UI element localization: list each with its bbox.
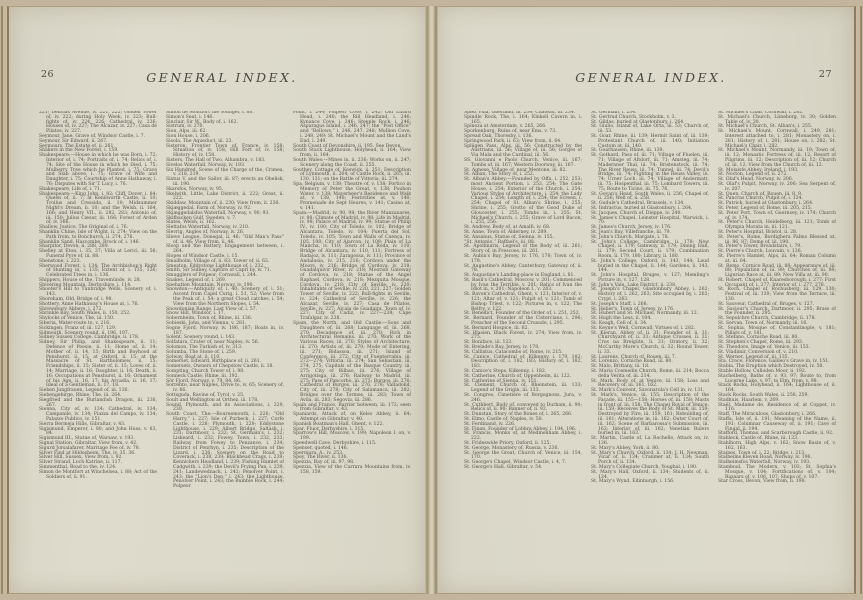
index-entry: St. Remo, Cornice Road, iii. 88; Appeara… bbox=[718, 265, 836, 279]
running-head-left: GENERAL INDEX. bbox=[146, 70, 297, 85]
index-entry: St. Michael's Mount, Cornwall, i. 249, 2… bbox=[718, 130, 836, 149]
index-entry: St. Michael's Mount, Normandy, iii. 10; … bbox=[718, 149, 836, 168]
page-right: GENERAL INDEX. 27 Spiez Villa, Oberland,… bbox=[438, 6, 856, 594]
index-entry: St. Kieran, Abbey of, ii. 31; Founder of… bbox=[591, 332, 709, 356]
running-head-right: GENERAL INDEX. bbox=[575, 70, 726, 85]
index-entry: St. Roch, Chapel of, Rochusberg, iii. 12… bbox=[718, 288, 836, 302]
page-header-left: 26 GENERAL INDEX. bbox=[41, 67, 403, 83]
index-entry: St. George's Hall, Gibraltar, v. 54. bbox=[464, 466, 582, 471]
index-column: Spiez Villa, Oberland, iii. 234; Château… bbox=[464, 111, 582, 567]
index-entry: Sisteron, Frontier Town of, France, iv. … bbox=[166, 145, 284, 159]
index-entry: Spain:—Madrid, iv. 90, 98; the River Man… bbox=[293, 212, 411, 322]
index-columns-right: Spiez Villa, Oberland, iii. 234; Château… bbox=[464, 111, 836, 567]
index-entry: St. Mary's Church, Oxford, ii. 134; J. H… bbox=[591, 452, 709, 466]
index-entry: Star Cross, Devon, View from, ii. 198. bbox=[718, 480, 836, 485]
index-entry: 221; Delicias Avenue, iv. 221, 222; Gold… bbox=[39, 111, 157, 135]
index-entry: Spain, the North, and Old Castile:—Sons … bbox=[293, 322, 411, 404]
book-spread: 26 GENERAL INDEX. 221; Delicias Avenue, … bbox=[7, 6, 856, 594]
index-entry: St. Alban's Abbey:—Founded by Offa, i. 2… bbox=[464, 178, 582, 226]
index-column: Point, i. 244; Polpeor Cove, i. 242; Old… bbox=[293, 111, 411, 567]
index-entry: Sidney, Sir Philip, and Shakespeare, ii.… bbox=[39, 341, 157, 389]
index-column: St. Germain, i. 234.St. Gertrud Church, … bbox=[591, 111, 709, 567]
index-entry: South Coast, The:—Bournemouth, i. 226; “… bbox=[166, 413, 284, 490]
index-entry: Shakespeare:—King John, i. 82; Cliff, Do… bbox=[39, 193, 157, 227]
index-entry: Snowdon:—Antiquity of, i. 40; Scenery of… bbox=[166, 288, 284, 307]
index-entry: Spezzia, View of the Carrara Mountains f… bbox=[293, 466, 411, 476]
index-columns-left: 221; Delicias Avenue, iv. 221, 222; Gold… bbox=[39, 111, 411, 567]
index-entry: St. Gothard, Pass of, iii. 71; Village o… bbox=[591, 154, 709, 192]
page-left: 26 GENERAL INDEX. 221; Delicias Avenue, … bbox=[7, 6, 425, 594]
index-column: Simon de Montfort the Younger, i. 88.Sim… bbox=[166, 111, 284, 567]
index-entry: St. Mary's Wynd, Edinburgh, i. 156. bbox=[591, 480, 709, 485]
index-entry: St. John's College, Oxford, ii. 143, 144… bbox=[591, 260, 709, 274]
index-entry: St. Mark's, Venice, iii. 155; Descriptio… bbox=[591, 394, 709, 437]
page-header-right: GENERAL INDEX. 27 bbox=[470, 67, 832, 83]
index-entry: Point, i. 244; Polpeor Cove, i. 242; Old… bbox=[293, 111, 411, 145]
index-entry: Spa, Belgium, v. 138; Theatre of, v. 138… bbox=[293, 183, 411, 212]
index-entry: Splügen Pass, Alps, iii. 56; Constructed… bbox=[464, 145, 582, 159]
index-column: St. Michael's Chair, Cornwall, i. 282.St… bbox=[718, 111, 836, 567]
index-entry: St. Bavon's Cathedral, Ghent, v. 121; In… bbox=[464, 293, 582, 312]
index-entry: Sherwood Forest, i. 134; The Archbishop'… bbox=[39, 265, 157, 279]
index-column: 221; Delicias Avenue, iv. 221, 222; Gold… bbox=[39, 111, 157, 567]
page-number-right: 27 bbox=[819, 69, 832, 80]
page-number-left: 26 bbox=[41, 69, 54, 80]
index-entry: Shakespeare:—House in which he was Born,… bbox=[39, 154, 157, 188]
index-entry: St. Canice, Cathedral of, Kilkenny, i. 1… bbox=[464, 356, 582, 370]
index-entry: St. John's College, Cambridge, ii. 178; … bbox=[591, 241, 709, 260]
index-entry: Southey, Cottage of, Keswick, ii. 251; D… bbox=[293, 169, 411, 183]
index-entry: St. Joseph's Chapel, Glastonbury Abbey, … bbox=[591, 288, 709, 302]
index-entry: Simon de Montfort at Winchelsea, i. 88; … bbox=[39, 471, 157, 481]
index-entry: Sienna, City of, iv. 134; Cathedral, iv.… bbox=[39, 408, 157, 422]
book-gutter bbox=[425, 6, 438, 594]
